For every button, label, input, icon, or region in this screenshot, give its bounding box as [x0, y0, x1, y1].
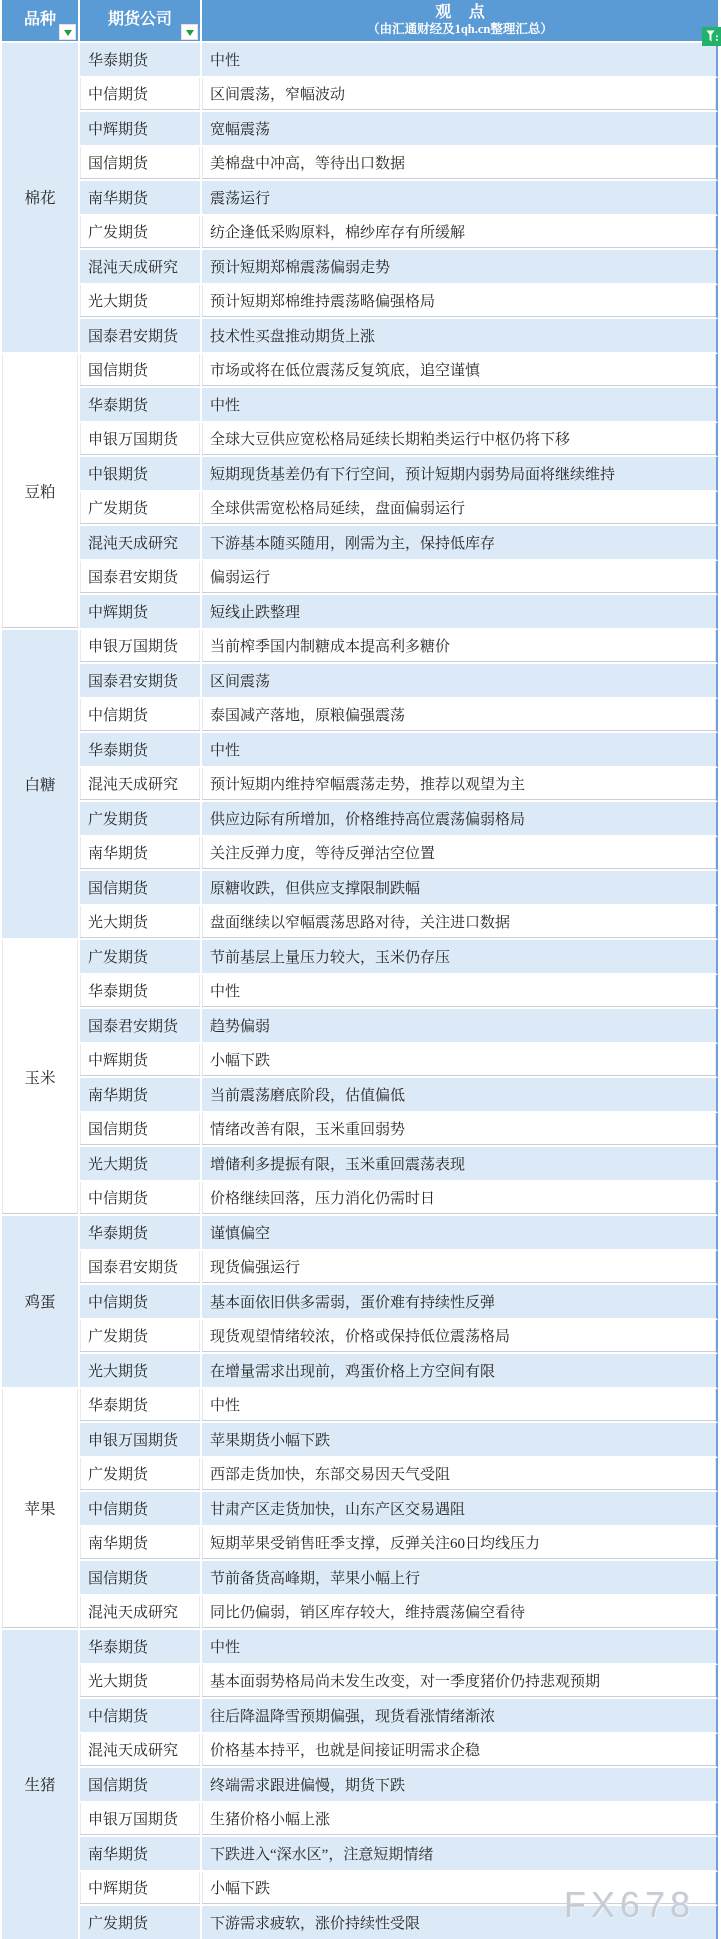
table-row: 中银期货短期现货基差仍有下行空间，预计短期内弱势局面将继续维持 — [0, 457, 718, 492]
variety-column-header: 品种 — [0, 0, 80, 43]
company-cell: 中信期货 — [80, 1285, 202, 1320]
company-column-header: 期货公司 — [80, 0, 202, 43]
table-row: 中信期货甘肃产区走货加快，山东产区交易遇阻 — [0, 1492, 718, 1527]
company-cell: 国信期货 — [80, 354, 202, 389]
table-row: 苹果华泰期货中性 — [0, 1389, 718, 1424]
view-cell: 预计短期内维持窄幅震荡走势，推荐以观望为主 — [202, 768, 718, 803]
view-cell: 短期苹果受销售旺季支撑，反弹关注60日均线压力 — [202, 1527, 718, 1562]
view-cell: 情绪改善有限，玉米重回弱势 — [202, 1113, 718, 1148]
company-cell: 国信期货 — [80, 147, 202, 182]
table-row: 光大期货基本面弱势格局尚未发生改变，对一季度猪价仍持悲观预期 — [0, 1665, 718, 1700]
futures-views-table: 品种 期货公司 观点 （由汇通财经及1qh.cn整理汇总） 棉花华泰期货中性中信… — [0, 0, 718, 1939]
view-header-label: 观点 — [435, 4, 502, 22]
table-row: 光大期货盘面继续以窄幅震荡思路对待，关注进口数据 — [0, 906, 718, 941]
variety-cell: 苹果 — [0, 1389, 80, 1631]
company-cell: 华泰期货 — [80, 1630, 202, 1665]
view-cell: 中性 — [202, 975, 718, 1010]
company-cell: 广发期货 — [80, 802, 202, 837]
table-row: 豆粕国信期货市场或将在低位震荡反复筑底，追空谨慎 — [0, 354, 718, 389]
active-filter-badge[interactable] — [702, 27, 721, 46]
table-row: 国信期货终端需求跟进偏慢，期货下跌 — [0, 1768, 718, 1803]
table-row: 白糖申银万国期货当前榨季国内制糖成本提高利多糖价 — [0, 630, 718, 665]
company-cell: 中信期货 — [80, 78, 202, 113]
table-row: 混沌天成研究下游基本随买随用，刚需为主，保持低库存 — [0, 526, 718, 561]
company-cell: 光大期货 — [80, 1354, 202, 1389]
company-cell: 国泰君安期货 — [80, 319, 202, 354]
view-cell: 原糖收跌，但供应支撑限制跌幅 — [202, 871, 718, 906]
table-row: 光大期货在增量需求出现前，鸡蛋价格上方空间有限 — [0, 1354, 718, 1389]
variety-header-label: 品种 — [24, 11, 56, 28]
view-cell: 中性 — [202, 1389, 718, 1424]
table-row: 广发期货西部走货加快，东部交易因天气受阻 — [0, 1458, 718, 1493]
table-row: 国泰君安期货趋势偏弱 — [0, 1009, 718, 1044]
company-cell: 中信期货 — [80, 1699, 202, 1734]
table-row: 南华期货关注反弹力度，等待反弹沽空位置 — [0, 837, 718, 872]
variety-cell: 棉花 — [0, 43, 80, 354]
company-cell: 广发期货 — [80, 492, 202, 527]
company-cell: 广发期货 — [80, 216, 202, 251]
table-row: 鸡蛋华泰期货谨慎偏空 — [0, 1216, 718, 1251]
company-cell: 华泰期货 — [80, 1389, 202, 1424]
view-cell: 价格继续回落，压力消化仍需时日 — [202, 1182, 718, 1217]
company-cell: 国信期货 — [80, 1561, 202, 1596]
table-body: 棉花华泰期货中性中信期货区间震荡，窄幅波动中辉期货宽幅震荡国信期货美棉盘中冲高，… — [0, 43, 718, 1939]
filter-funnel-icon — [706, 30, 718, 43]
table-row: 棉花华泰期货中性 — [0, 43, 718, 78]
table-row: 中辉期货宽幅震荡 — [0, 112, 718, 147]
view-cell: 当前榨季国内制糖成本提高利多糖价 — [202, 630, 718, 665]
table-row: 广发期货全球供需宽松格局延续，盘面偏弱运行 — [0, 492, 718, 527]
table-row: 混沌天成研究预计短期郑棉震荡偏弱走势 — [0, 250, 718, 285]
table-row: 玉米广发期货节前基层上量压力较大，玉米仍存压 — [0, 940, 718, 975]
view-cell: 宽幅震荡 — [202, 112, 718, 147]
view-cell: 供应边际有所增加，价格维持高位震荡偏弱格局 — [202, 802, 718, 837]
view-cell: 往后降温降雪预期偏强，现货看涨情绪渐浓 — [202, 1699, 718, 1734]
company-cell: 国泰君安期货 — [80, 1009, 202, 1044]
company-cell: 混沌天成研究 — [80, 1734, 202, 1769]
company-cell: 南华期货 — [80, 1527, 202, 1562]
company-cell: 南华期货 — [80, 837, 202, 872]
table-row: 中信期货基本面依旧供多需弱，蛋价难有持续性反弹 — [0, 1285, 718, 1320]
view-cell: 在增量需求出现前，鸡蛋价格上方空间有限 — [202, 1354, 718, 1389]
company-cell: 国泰君安期货 — [80, 561, 202, 596]
view-cell: 终端需求跟进偏慢，期货下跌 — [202, 1768, 718, 1803]
company-cell: 广发期货 — [80, 1458, 202, 1493]
variety-cell: 豆粕 — [0, 354, 80, 630]
company-cell: 广发期货 — [80, 1320, 202, 1355]
table-row: 广发期货纺企逢低采购原料，棉纱库存有所缓解 — [0, 216, 718, 251]
company-cell: 华泰期货 — [80, 975, 202, 1010]
view-cell: 短线止跌整理 — [202, 595, 718, 630]
view-cell: 下游基本随买随用，刚需为主，保持低库存 — [202, 526, 718, 561]
variety-cell: 白糖 — [0, 630, 80, 941]
table-row: 光大期货增储利多提振有限，玉米重回震荡表现 — [0, 1147, 718, 1182]
view-cell: 中性 — [202, 43, 718, 78]
view-cell: 中性 — [202, 733, 718, 768]
company-cell: 混沌天成研究 — [80, 250, 202, 285]
chevron-down-icon — [64, 30, 72, 40]
company-cell: 光大期货 — [80, 906, 202, 941]
view-cell: 预计短期郑棉震荡偏弱走势 — [202, 250, 718, 285]
company-header-label: 期货公司 — [108, 11, 172, 28]
table-row: 中辉期货小幅下跌 — [0, 1872, 718, 1907]
view-cell: 短期现货基差仍有下行空间，预计短期内弱势局面将继续维持 — [202, 457, 718, 492]
company-cell: 申银万国期货 — [80, 1423, 202, 1458]
view-cell: 小幅下跌 — [202, 1872, 718, 1907]
company-cell: 国泰君安期货 — [80, 664, 202, 699]
view-cell: 下游需求疲软，涨价持续性受限 — [202, 1906, 718, 1939]
table-row: 国泰君安期货技术性买盘推动期货上涨 — [0, 319, 718, 354]
table-row: 光大期货预计短期郑棉维持震荡略偏强格局 — [0, 285, 718, 320]
company-cell: 南华期货 — [80, 181, 202, 216]
view-cell: 盘面继续以窄幅震荡思路对待，关注进口数据 — [202, 906, 718, 941]
variety-cell: 生猪 — [0, 1630, 80, 1939]
view-cell: 区间震荡 — [202, 664, 718, 699]
table-row: 华泰期货中性 — [0, 975, 718, 1010]
table-row: 中信期货泰国减产落地，原粮偏强震荡 — [0, 699, 718, 734]
company-cell: 中信期货 — [80, 1182, 202, 1217]
table-row: 混沌天成研究价格基本持平，也就是间接证明需求企稳 — [0, 1734, 718, 1769]
company-cell: 申银万国期货 — [80, 1803, 202, 1838]
header-row: 品种 期货公司 观点 （由汇通财经及1qh.cn整理汇总） — [0, 0, 718, 43]
company-cell: 申银万国期货 — [80, 630, 202, 665]
table-row: 南华期货短期苹果受销售旺季支撑，反弹关注60日均线压力 — [0, 1527, 718, 1562]
view-cell: 市场或将在低位震荡反复筑底，追空谨慎 — [202, 354, 718, 389]
company-cell: 光大期货 — [80, 1665, 202, 1700]
view-cell: 技术性买盘推动期货上涨 — [202, 319, 718, 354]
table-row: 国泰君安期货现货偏强运行 — [0, 1251, 718, 1286]
company-cell: 混沌天成研究 — [80, 768, 202, 803]
company-cell: 国信期货 — [80, 1113, 202, 1148]
view-cell: 价格基本持平，也就是间接证明需求企稳 — [202, 1734, 718, 1769]
table-row: 国泰君安期货偏弱运行 — [0, 561, 718, 596]
view-cell: 苹果期货小幅下跌 — [202, 1423, 718, 1458]
company-cell: 华泰期货 — [80, 43, 202, 78]
view-cell: 节前基层上量压力较大，玉米仍存压 — [202, 940, 718, 975]
view-cell: 全球供需宽松格局延续，盘面偏弱运行 — [202, 492, 718, 527]
table-row: 混沌天成研究同比仍偏弱，销区库存较大，维持震荡偏空看待 — [0, 1596, 718, 1631]
table-row: 中信期货往后降温降雪预期偏强，现货看涨情绪渐浓 — [0, 1699, 718, 1734]
company-cell: 中信期货 — [80, 699, 202, 734]
company-cell: 混沌天成研究 — [80, 526, 202, 561]
company-filter-dropdown-button[interactable] — [181, 24, 198, 40]
view-cell: 偏弱运行 — [202, 561, 718, 596]
table-row: 生猪华泰期货中性 — [0, 1630, 718, 1665]
company-cell: 混沌天成研究 — [80, 1596, 202, 1631]
view-cell: 美棉盘中冲高，等待出口数据 — [202, 147, 718, 182]
company-cell: 国泰君安期货 — [80, 1251, 202, 1286]
table-row: 广发期货现货观望情绪较浓，价格或保持低位震荡格局 — [0, 1320, 718, 1355]
table-row: 国泰君安期货区间震荡 — [0, 664, 718, 699]
table-row: 申银万国期货苹果期货小幅下跌 — [0, 1423, 718, 1458]
variety-cell: 鸡蛋 — [0, 1216, 80, 1389]
company-cell: 华泰期货 — [80, 388, 202, 423]
company-cell: 广发期货 — [80, 1906, 202, 1939]
table-row: 国信期货情绪改善有限，玉米重回弱势 — [0, 1113, 718, 1148]
table-row: 国信期货节前备货高峰期，苹果小幅上行 — [0, 1561, 718, 1596]
table-header: 品种 期货公司 观点 （由汇通财经及1qh.cn整理汇总） — [0, 0, 718, 43]
company-cell: 中辉期货 — [80, 1044, 202, 1079]
table-row: 混沌天成研究预计短期内维持窄幅震荡走势，推荐以观望为主 — [0, 768, 718, 803]
chevron-down-icon — [186, 30, 194, 40]
variety-filter-dropdown-button[interactable] — [59, 24, 76, 40]
table-row: 中辉期货小幅下跌 — [0, 1044, 718, 1079]
company-cell: 中银期货 — [80, 457, 202, 492]
company-cell: 华泰期货 — [80, 733, 202, 768]
view-cell: 当前震荡磨底阶段，估值偏低 — [202, 1078, 718, 1113]
table-row: 广发期货供应边际有所增加，价格维持高位震荡偏弱格局 — [0, 802, 718, 837]
view-header-subtitle: （由汇通财经及1qh.cn整理汇总） — [202, 22, 718, 37]
company-cell: 光大期货 — [80, 285, 202, 320]
table-row: 华泰期货中性 — [0, 388, 718, 423]
view-cell: 小幅下跌 — [202, 1044, 718, 1079]
view-cell: 泰国减产落地，原粮偏强震荡 — [202, 699, 718, 734]
company-cell: 中辉期货 — [80, 1872, 202, 1907]
view-cell: 增储利多提振有限，玉米重回震荡表现 — [202, 1147, 718, 1182]
table-row: 中辉期货短线止跌整理 — [0, 595, 718, 630]
table-row: 国信期货原糖收跌，但供应支撑限制跌幅 — [0, 871, 718, 906]
company-cell: 国信期货 — [80, 1768, 202, 1803]
company-cell: 中辉期货 — [80, 595, 202, 630]
view-cell: 现货偏强运行 — [202, 1251, 718, 1286]
table-row: 国信期货美棉盘中冲高，等待出口数据 — [0, 147, 718, 182]
company-cell: 广发期货 — [80, 940, 202, 975]
view-cell: 基本面依旧供多需弱，蛋价难有持续性反弹 — [202, 1285, 718, 1320]
view-cell: 基本面弱势格局尚未发生改变，对一季度猪价仍持悲观预期 — [202, 1665, 718, 1700]
view-column-header: 观点 （由汇通财经及1qh.cn整理汇总） — [202, 0, 718, 43]
table-row: 华泰期货中性 — [0, 733, 718, 768]
company-cell: 中辉期货 — [80, 112, 202, 147]
table-row: 南华期货当前震荡磨底阶段，估值偏低 — [0, 1078, 718, 1113]
table-row: 广发期货下游需求疲软，涨价持续性受限 — [0, 1906, 718, 1939]
variety-cell: 玉米 — [0, 940, 80, 1216]
table-row: 南华期货震荡运行 — [0, 181, 718, 216]
table-row: 中信期货区间震荡，窄幅波动 — [0, 78, 718, 113]
view-cell: 同比仍偏弱，销区库存较大，维持震荡偏空看待 — [202, 1596, 718, 1631]
table-row: 南华期货下跌进入“深水区”，注意短期情绪 — [0, 1837, 718, 1872]
view-cell: 区间震荡，窄幅波动 — [202, 78, 718, 113]
view-cell: 谨慎偏空 — [202, 1216, 718, 1251]
company-cell: 南华期货 — [80, 1078, 202, 1113]
view-cell: 甘肃产区走货加快，山东产区交易遇阻 — [202, 1492, 718, 1527]
view-cell: 现货观望情绪较浓，价格或保持低位震荡格局 — [202, 1320, 718, 1355]
company-cell: 申银万国期货 — [80, 423, 202, 458]
company-cell: 国信期货 — [80, 871, 202, 906]
view-cell: 中性 — [202, 1630, 718, 1665]
view-cell: 西部走货加快，东部交易因天气受阻 — [202, 1458, 718, 1493]
view-cell: 全球大豆供应宽松格局延续长期粕类运行中枢仍将下移 — [202, 423, 718, 458]
view-cell: 生猪价格小幅上涨 — [202, 1803, 718, 1838]
view-cell: 关注反弹力度，等待反弹沽空位置 — [202, 837, 718, 872]
view-cell: 节前备货高峰期，苹果小幅上行 — [202, 1561, 718, 1596]
table-row: 申银万国期货生猪价格小幅上涨 — [0, 1803, 718, 1838]
company-cell: 光大期货 — [80, 1147, 202, 1182]
view-cell: 下跌进入“深水区”，注意短期情绪 — [202, 1837, 718, 1872]
view-cell: 纺企逢低采购原料，棉纱库存有所缓解 — [202, 216, 718, 251]
view-cell: 预计短期郑棉维持震荡略偏强格局 — [202, 285, 718, 320]
view-cell: 中性 — [202, 388, 718, 423]
view-cell: 震荡运行 — [202, 181, 718, 216]
view-cell: 趋势偏弱 — [202, 1009, 718, 1044]
table-row: 申银万国期货全球大豆供应宽松格局延续长期粕类运行中枢仍将下移 — [0, 423, 718, 458]
company-cell: 中信期货 — [80, 1492, 202, 1527]
company-cell: 南华期货 — [80, 1837, 202, 1872]
table-row: 中信期货价格继续回落，压力消化仍需时日 — [0, 1182, 718, 1217]
company-cell: 华泰期货 — [80, 1216, 202, 1251]
